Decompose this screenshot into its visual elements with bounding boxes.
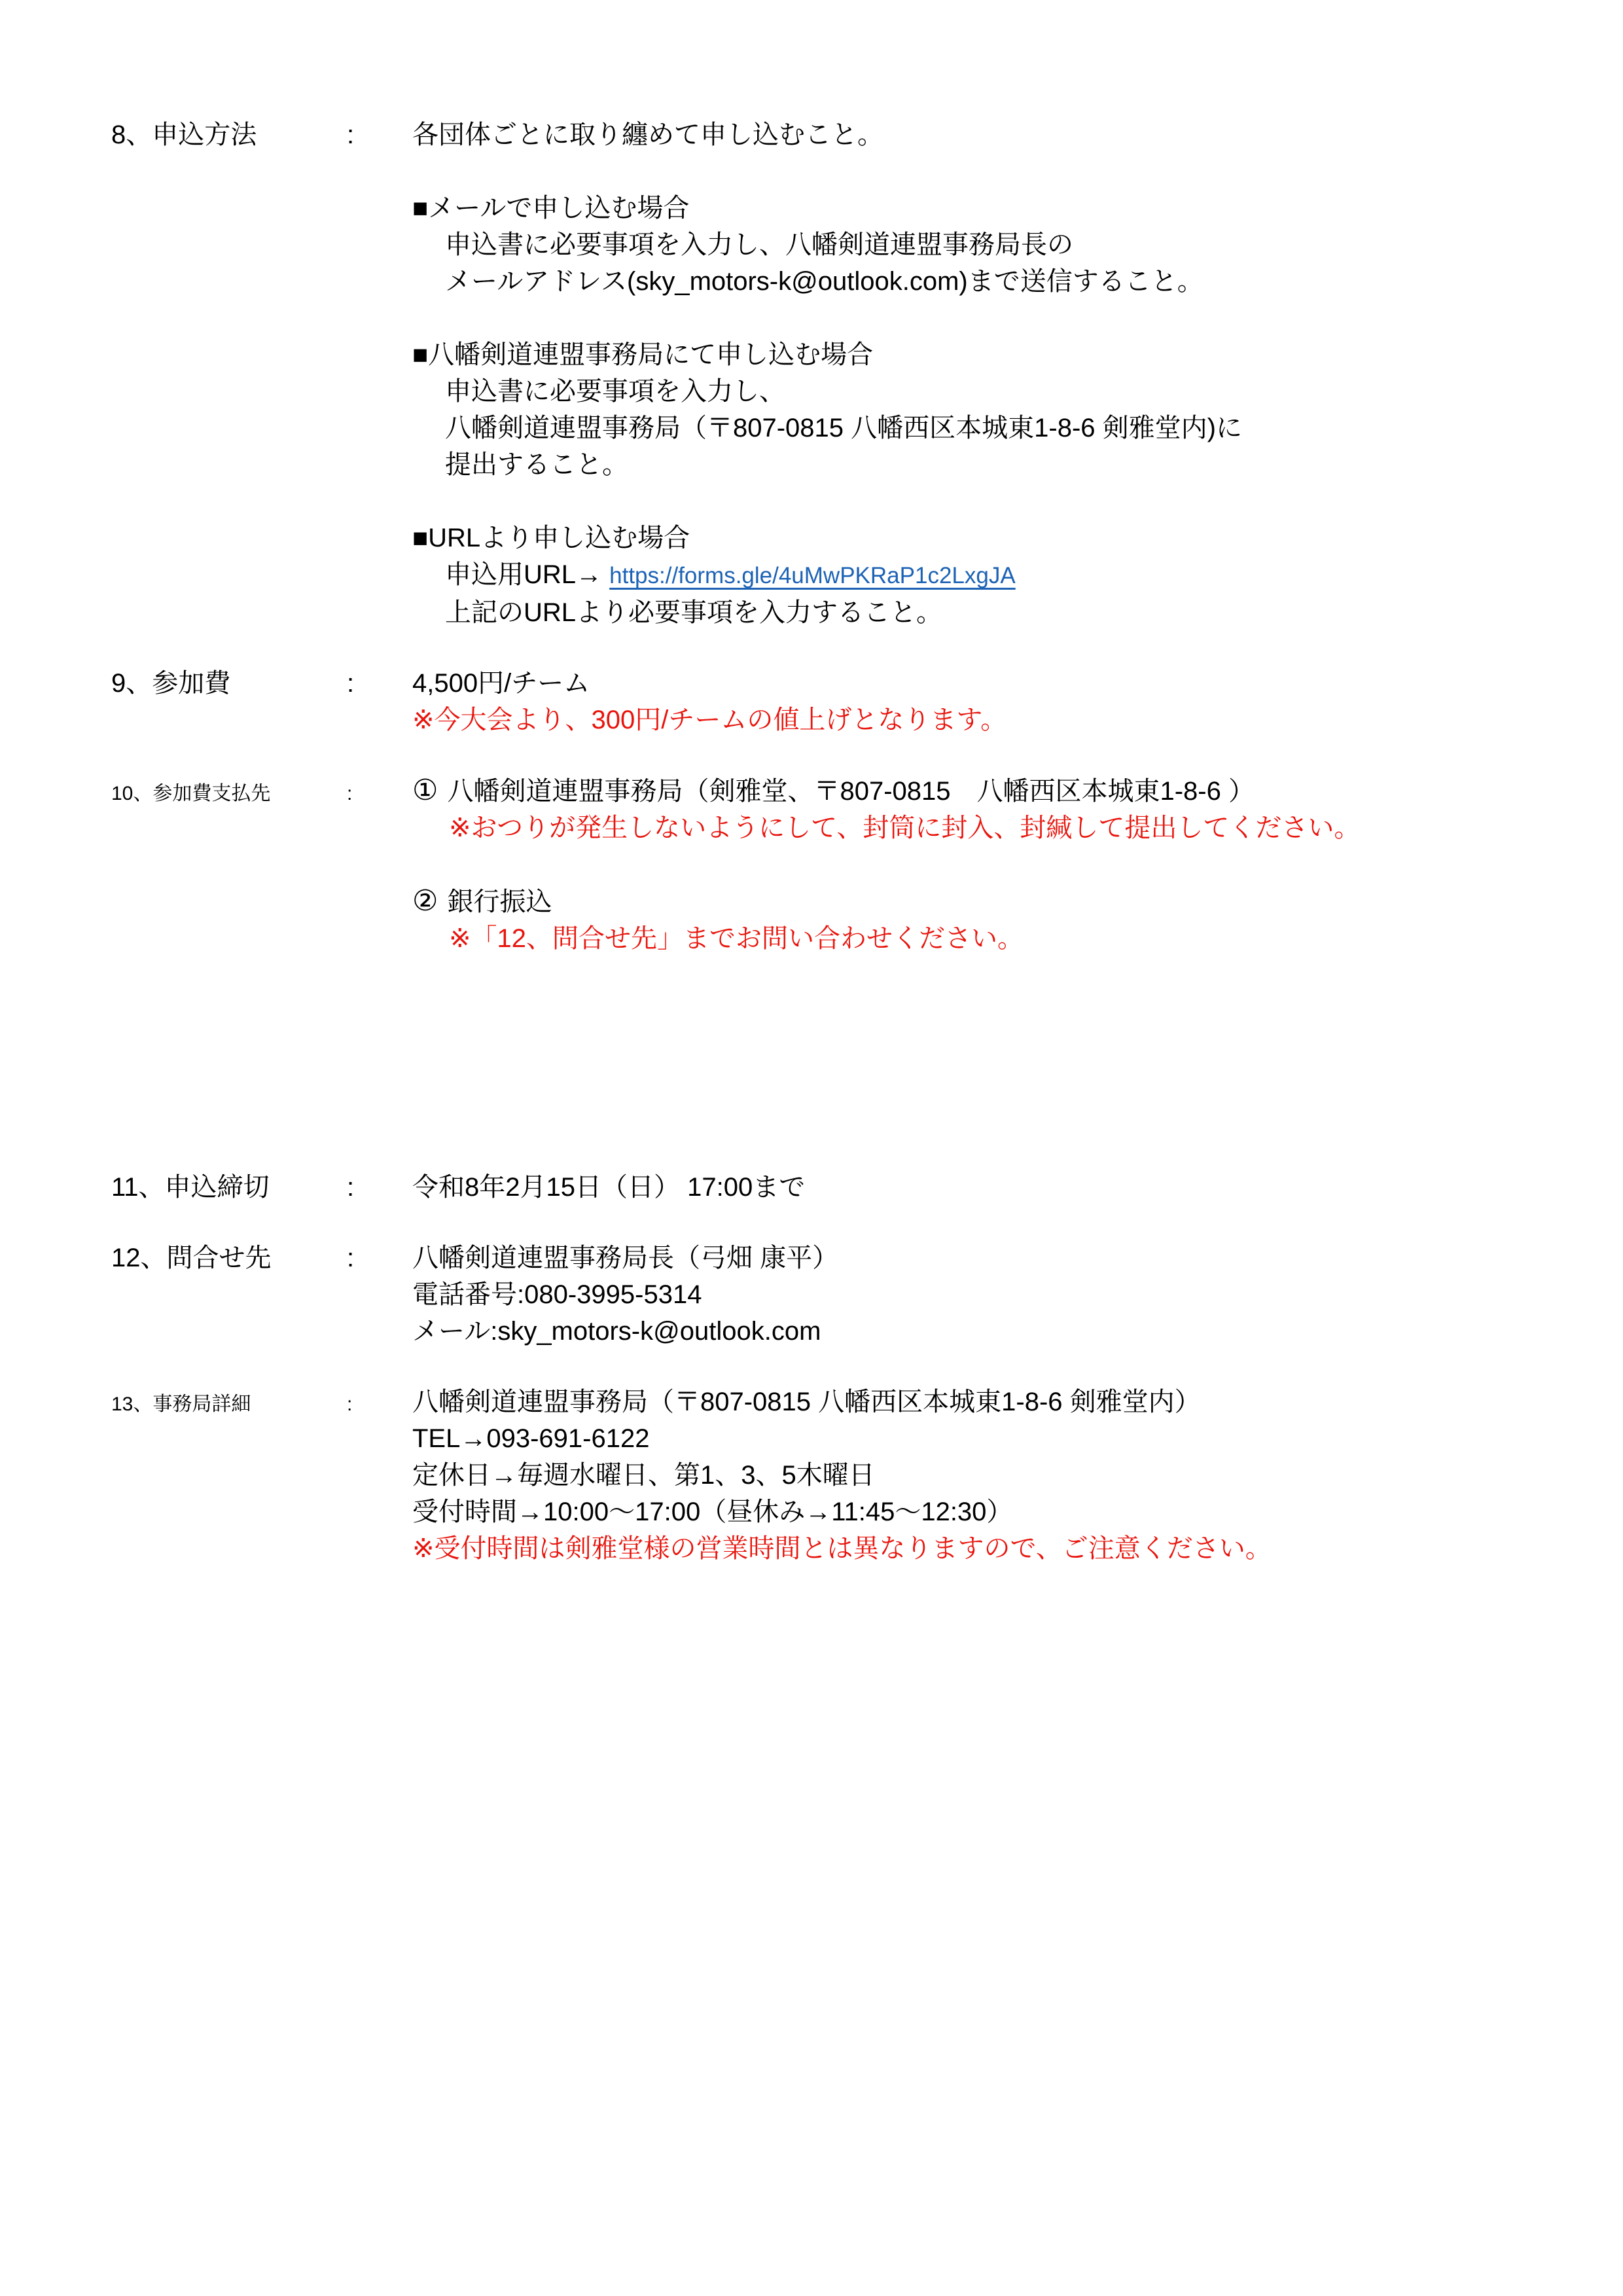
- label-colon: :: [347, 665, 412, 702]
- mail-application-line: 申込書に必要事項を入力し、八幡剣道連盟事務局長の: [412, 226, 1571, 263]
- entry-fee-content: 4,500円/チーム ※今大会より、300円/チームの値上げとなります。: [412, 665, 1571, 738]
- contact-content: 八幡剣道連盟事務局長（弓畑 康平） 電話番号:080-3995-5314 メール…: [412, 1240, 1571, 1350]
- section-entry-fee: 9、参加費 : 4,500円/チーム ※今大会より、300円/チームの値上げとな…: [111, 665, 1571, 738]
- office-application-line: 申込書に必要事項を入力し、: [412, 373, 1571, 410]
- payment-option-1: ①八幡剣道連盟事務局（剣雅堂、〒807-0815 八幡西区本城東1-8-6 ）: [412, 772, 1571, 810]
- contact-phone: 電話番号:080-3995-5314: [412, 1276, 1571, 1313]
- office-details-content: 八幡剣道連盟事務局（〒807-0815 八幡西区本城東1-8-6 剣雅堂内） T…: [412, 1384, 1571, 1567]
- circled-two-icon: ②: [412, 885, 438, 917]
- label-colon: :: [347, 1240, 412, 1276]
- office-application-submit-line: 提出すること。: [412, 446, 1571, 483]
- url-application-header: ■URLより申し込む場合: [412, 520, 1571, 556]
- office-tel: TEL→093-691-6122: [412, 1420, 1571, 1457]
- payment-bank-note: ※「12、問合せ先」までお問い合わせください。: [412, 920, 1571, 957]
- office-hours-note: ※受付時間は剣雅堂様の営業時間とは異なりますので、ご注意ください。: [412, 1530, 1571, 1567]
- section-label-entry-fee: 9、参加費: [111, 665, 347, 702]
- office-application-block: ■八幡剣道連盟事務局にて申し込む場合 申込書に必要事項を入力し、 八幡剣道連盟事…: [412, 336, 1571, 483]
- office-application-header: ■八幡剣道連盟事務局にて申し込む場合: [412, 336, 1571, 373]
- label-colon: :: [347, 117, 412, 153]
- deadline-value: 令和8年2月15日（日） 17:00まで: [412, 1169, 1571, 1206]
- url-application-block: ■URLより申し込む場合 申込用URL→ https://forms.gle/4…: [412, 520, 1571, 631]
- section-application-deadline: 11、申込締切 : 令和8年2月15日（日） 17:00まで: [111, 1169, 1571, 1206]
- section-label-application-method: 8、申込方法: [111, 117, 347, 153]
- section-label-contact: 12、問合せ先: [111, 1240, 347, 1276]
- section-application-method: 8、申込方法 : 各団体ごとに取り纏めて申し込むこと。 ■メールで申し込む場合 …: [111, 117, 1571, 631]
- application-method-intro: 各団体ごとに取り纏めて申し込むこと。: [412, 117, 1571, 153]
- fee-increase-note: ※今大会より、300円/チームの値上げとなります。: [412, 702, 1571, 738]
- office-closed-days: 定休日→毎週水曜日、第1、3、5木曜日: [412, 1457, 1571, 1494]
- section-label-application-deadline: 11、申込締切: [111, 1169, 347, 1206]
- payment-option-2-text: 銀行振込: [447, 888, 552, 916]
- application-deadline-content: 令和8年2月15日（日） 17:00まで: [412, 1169, 1571, 1206]
- circled-one-icon: ①: [412, 774, 438, 806]
- payment-destination-content: ①八幡剣道連盟事務局（剣雅堂、〒807-0815 八幡西区本城東1-8-6 ） …: [412, 772, 1571, 957]
- section-contact: 12、問合せ先 : 八幡剣道連盟事務局長（弓畑 康平） 電話番号:080-399…: [111, 1240, 1571, 1350]
- mail-application-address-line: メールアドレス(sky_motors-k@outlook.com)まで送信するこ…: [412, 263, 1571, 300]
- url-application-link-line: 申込用URL→ https://forms.gle/4uMwPKRaP1c2Lx…: [412, 556, 1571, 594]
- section-label-payment-destination: 10、参加費支払先: [111, 776, 347, 812]
- contact-email: メール:sky_motors-k@outlook.com: [412, 1313, 1571, 1350]
- payment-option-1-text: 八幡剣道連盟事務局（剣雅堂、〒807-0815 八幡西区本城東1-8-6 ）: [447, 777, 1255, 806]
- label-colon: :: [347, 1386, 412, 1423]
- url-link-prefix: 申込用URL→: [445, 560, 609, 589]
- fee-amount: 4,500円/チーム: [412, 665, 1571, 702]
- section-office-details: 13、事務局詳細 : 八幡剣道連盟事務局（〒807-0815 八幡西区本城東1-…: [111, 1384, 1571, 1567]
- office-hours: 受付時間→10:00～17:00（昼休み→11:45～12:30）: [412, 1494, 1571, 1530]
- label-colon: :: [347, 776, 412, 812]
- section-label-office-details: 13、事務局詳細: [111, 1386, 347, 1423]
- payment-cash-note: ※おつりが発生しないようにして、封筒に封入、封緘して提出してください。: [412, 810, 1571, 846]
- application-form-link[interactable]: https://forms.gle/4uMwPKRaP1c2LxgJA: [609, 563, 1016, 588]
- mail-application-header: ■メールで申し込む場合: [412, 190, 1571, 226]
- mail-application-block: ■メールで申し込む場合 申込書に必要事項を入力し、八幡剣道連盟事務局長の メール…: [412, 190, 1571, 300]
- document-page: 8、申込方法 : 各団体ごとに取り纏めて申し込むこと。 ■メールで申し込む場合 …: [0, 0, 1623, 2296]
- label-colon: :: [347, 1169, 412, 1206]
- url-application-instruction-line: 上記のURLより必要事項を入力すること。: [412, 594, 1571, 631]
- application-method-content: 各団体ごとに取り纏めて申し込むこと。 ■メールで申し込む場合 申込書に必要事項を…: [412, 117, 1571, 631]
- contact-name: 八幡剣道連盟事務局長（弓畑 康平）: [412, 1240, 1571, 1276]
- office-address: 八幡剣道連盟事務局（〒807-0815 八幡西区本城東1-8-6 剣雅堂内）: [412, 1384, 1571, 1420]
- payment-option-2: ②銀行振込: [412, 883, 1571, 920]
- office-application-address-line: 八幡剣道連盟事務局（〒807-0815 八幡西区本城東1-8-6 剣雅堂内)に: [412, 410, 1571, 446]
- section-payment-destination: 10、参加費支払先 : ①八幡剣道連盟事務局（剣雅堂、〒807-0815 八幡西…: [111, 772, 1571, 957]
